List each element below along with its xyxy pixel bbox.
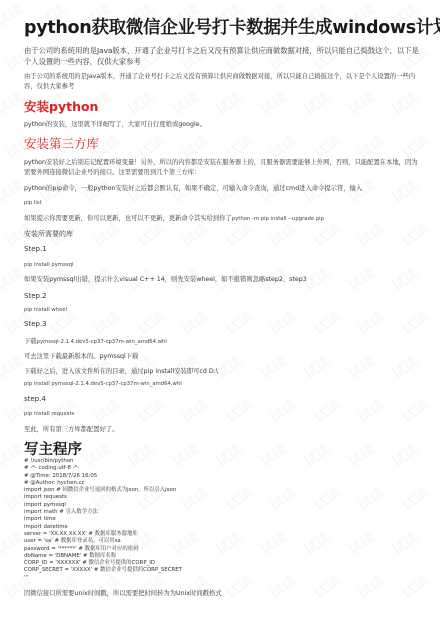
watermark-text: 试读 (256, 351, 290, 383)
watermark-text: 试读 (354, 307, 388, 339)
watermark-text: 试读 (344, 527, 378, 559)
watermark-text: 试读 (354, 571, 388, 603)
heading-install-python: 安装python (24, 97, 98, 115)
watermark-text: 试读 (344, 87, 378, 119)
watermark-text: 试读 (256, 439, 290, 471)
watermark-text: 试读 (388, 439, 422, 471)
after-code-text: 因微信接口所需要unix时间戳，所以需要把时间转为为Unix时间戳格式 (24, 588, 222, 597)
page-title: python获取微信企业号打卡数据并生成windows计划任务 (24, 14, 440, 39)
heading-install-libs: 安装第三方库 (24, 134, 99, 152)
watermark-text: 试读 (310, 571, 344, 603)
watermark-text: 试读 (134, 395, 168, 427)
watermark-text: 试读 (90, 307, 124, 339)
step3-download: 下载pymssql-2.1.4.dev5-cp37-cp37m-win_amd6… (24, 336, 167, 345)
step3-after-text: 下载好之后，进入该文件所在的目录，通过pip install安装即可cd D:\ (24, 366, 218, 375)
watermark-text: 试读 (388, 263, 422, 295)
download-filename: pymssql-2.1.4.dev5-cp37-cp37m-win_amd64.… (37, 339, 167, 345)
step4-label: step.4 (24, 395, 46, 403)
watermark-text: 试读 (0, 351, 26, 383)
code-line: import math # 引入数学方法 (24, 509, 182, 516)
watermark-text: 试读 (0, 263, 26, 295)
heading-main-program: 写主程序 (24, 438, 82, 459)
watermark-text: 试读 (0, 439, 26, 471)
watermark-text: 试读 (388, 175, 422, 207)
code-line: # -*- coding:utf-8 -*- (24, 465, 182, 472)
code-line: password = '******' # 数据库用户对应的密码 (24, 546, 182, 553)
watermark-text: 试读 (354, 219, 388, 251)
watermark-text: 试读 (266, 219, 300, 251)
code-line: user = 'sa' # 数据库登录名，可以用sa (24, 538, 182, 545)
watermark-text: 试读 (134, 307, 168, 339)
watermark-text: 试读 (0, 527, 26, 559)
watermark-text: 试读 (300, 87, 334, 119)
watermark-text: 试读 (398, 571, 432, 603)
code-line: # @Time: 2018/7/26 16:05 (24, 473, 182, 480)
watermark-text: 试读 (134, 219, 168, 251)
watermark-text: 试读 (388, 87, 422, 119)
install-libs-text: python安装好之后别忘记配置环境变量！另外，所以的内容都是安装在服务器上的，… (24, 158, 422, 177)
watermark-text: 试读 (178, 395, 212, 427)
libs-label: 安装所需要的库 (24, 229, 73, 239)
watermark-text: 试读 (300, 351, 334, 383)
watermark-text: 试读 (300, 439, 334, 471)
watermark-text: 试读 (212, 439, 246, 471)
watermark-text: 试读 (124, 87, 158, 119)
step2-cmd: pip install wheel (24, 307, 67, 313)
code-line: CORP_SECRET = 'XXXXX' # 微信企业号提供的CORP_SEC… (24, 567, 182, 574)
step1-label: Step.1 (24, 245, 47, 253)
watermark-text: 试读 (266, 395, 300, 427)
install-python-text: python的安装，这里就不详细写了，大家可自行度娘或google。 (24, 119, 206, 128)
watermark-text: 试读 (0, 0, 26, 31)
watermark-text: 试读 (178, 571, 212, 603)
watermark-text: 试读 (256, 87, 290, 119)
step3-cmd: pip install pymssql-2.1.4.dev5-cp37-cp37… (24, 381, 182, 387)
code-block: # !/usr/bin/python# -*- coding:utf-8 -*-… (24, 458, 182, 582)
watermark-text: 试读 (212, 87, 246, 119)
code-line: import pymssql (24, 502, 182, 509)
watermark-text: 试读 (398, 483, 432, 515)
watermark-text: 试读 (398, 307, 432, 339)
watermark-text: 试读 (90, 395, 124, 427)
pip-list-cmd: pip list (24, 200, 42, 206)
watermark-text: 试读 (344, 263, 378, 295)
update-cmd: python -m pip install --upgrade pip (232, 216, 324, 222)
watermark-text: 试读 (266, 571, 300, 603)
code-line: import json # 因微信企业号返回的格式为json，所以引入json (24, 487, 182, 494)
watermark-text: 试读 (212, 527, 246, 559)
watermark-text: 试读 (388, 351, 422, 383)
watermark-text: 试读 (222, 307, 256, 339)
watermark-text: 试读 (300, 527, 334, 559)
code-line: # !/usr/bin/python (24, 458, 182, 465)
watermark-text: 试读 (344, 351, 378, 383)
watermark-text: 试读 (354, 395, 388, 427)
pip-intro-text: python的pip命令，一般python安装好之后都会默认有，如果不确定，可输… (24, 183, 362, 192)
watermark-text: 试读 (178, 483, 212, 515)
code-line: ''' (24, 575, 182, 582)
watermark-text: 试读 (266, 307, 300, 339)
watermark-text: 试读 (310, 395, 344, 427)
update-hint-text: 如果提示你需要更新，你可以更新，也可以不更新，更新命令其实给到你了 (24, 215, 232, 222)
code-line: import requests (24, 494, 182, 501)
watermark-text: 试读 (222, 219, 256, 251)
watermark-text: 试读 (354, 483, 388, 515)
watermark-text: 试读 (256, 527, 290, 559)
intro-paragraph-1: 由于公司的系统用的是Java版本，开通了企业号打卡之后又没有预算让供应商做数据对… (24, 46, 422, 67)
download-prefix: 下载 (24, 338, 37, 345)
pymssql-download-link[interactable]: 可去这里下载最新版本的。pymssql下载 (24, 351, 138, 360)
watermark-text: 试读 (266, 483, 300, 515)
intro-paragraph-2: 由于公司的系统用的是Java版本，开通了企业号打卡之后又没有预算让供应商做数据对… (24, 72, 422, 91)
watermark-text: 试读 (398, 219, 432, 251)
watermark-text: 试读 (0, 87, 26, 119)
libs-done-text: 至此，所有第三方库都配置好了。 (24, 424, 118, 433)
step2-label: Step.2 (24, 292, 47, 300)
watermark-text: 试读 (310, 219, 344, 251)
step3-label: Step.3 (24, 320, 47, 328)
watermark-text: 试读 (310, 483, 344, 515)
watermark-text: 试读 (178, 307, 212, 339)
watermark-text: 试读 (0, 175, 26, 207)
watermark-text: 试读 (222, 571, 256, 603)
watermark-text: 试读 (90, 219, 124, 251)
step4-cmd: pip install requests (24, 411, 74, 417)
watermark-text: 试读 (344, 439, 378, 471)
code-line: import datetime (24, 524, 182, 531)
watermark-text: 试读 (222, 395, 256, 427)
update-hint: 如果提示你需要更新，你可以更新，也可以不更新，更新命令其实给到你了python … (24, 213, 324, 222)
step1-cmd: pip install pymssql (24, 262, 73, 268)
watermark-text: 试读 (222, 483, 256, 515)
watermark-text: 试读 (398, 395, 432, 427)
watermark-text: 试读 (168, 87, 202, 119)
watermark-text: 试读 (178, 219, 212, 251)
watermark-text: 试读 (310, 307, 344, 339)
code-line: import time (24, 516, 182, 523)
watermark-text: 试读 (388, 527, 422, 559)
step1-note: 如果安装pymssql出错，提示什么visual C++ 14，则先安装whee… (24, 274, 307, 283)
